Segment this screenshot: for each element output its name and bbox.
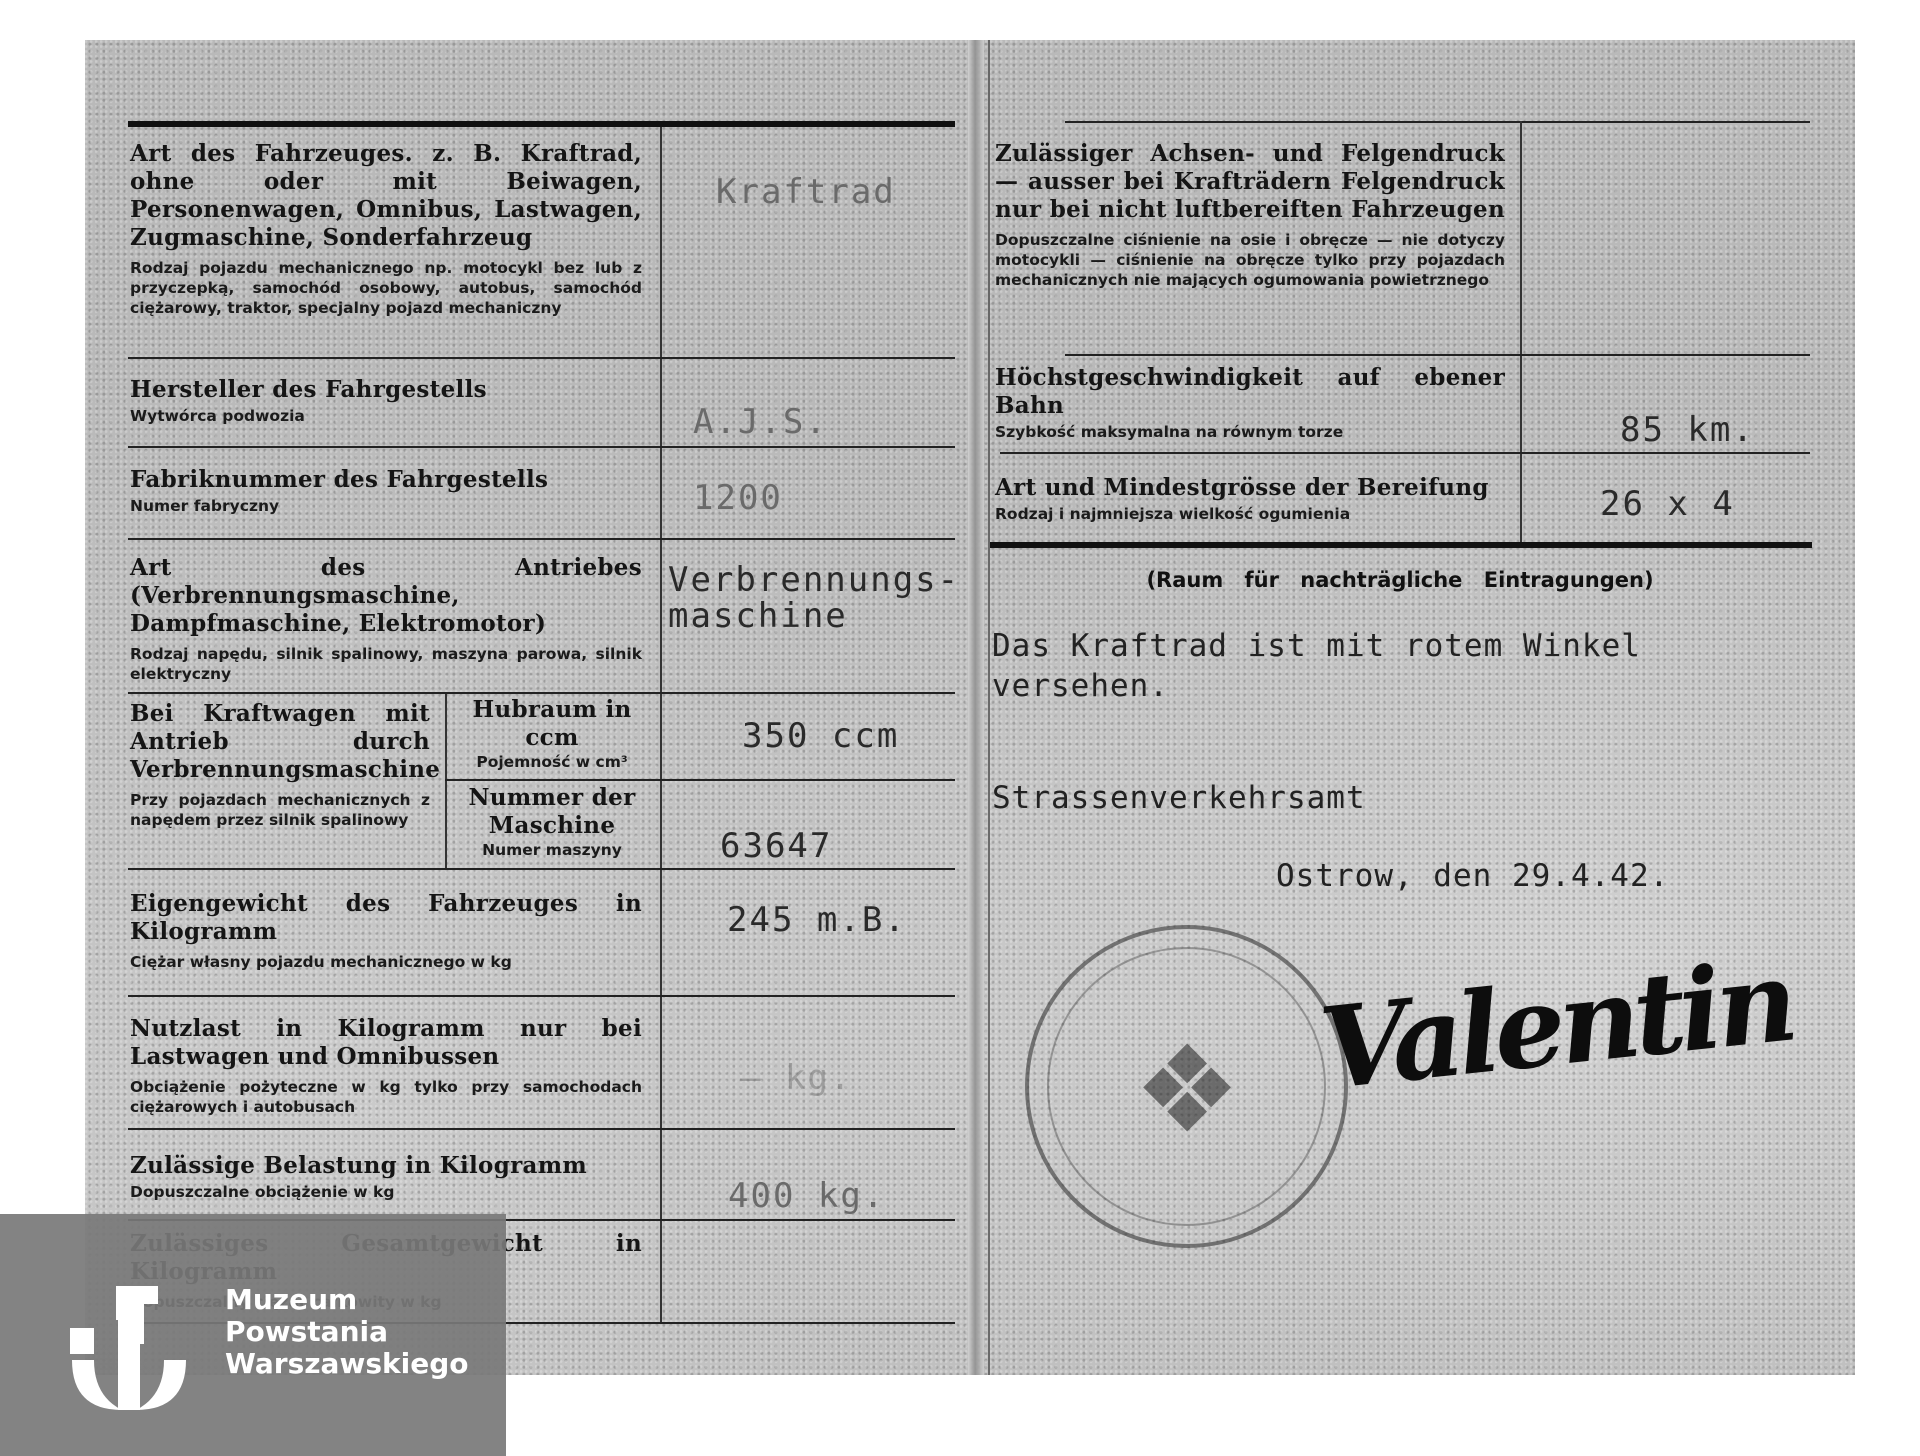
value-drive-type-line2: maschine: [668, 596, 848, 636]
field-permitted-load: Zulässige Belastung in Kilogramm Dopuszc…: [130, 1152, 642, 1202]
eagle-icon: ❖: [1117, 1021, 1257, 1161]
label-de: Nummer der Maschine: [448, 784, 656, 840]
museum-watermark: Muzeum Powstania Warszawskiego: [0, 1214, 506, 1456]
label-de: Höchstgeschwindigkeit auf ebener Bahn: [995, 364, 1505, 420]
section-rule: [990, 542, 1812, 548]
booklet-spine-fold: [968, 40, 984, 1375]
museum-name-line-2: Powstania: [225, 1316, 468, 1348]
museum-name-line-3: Warszawskiego: [225, 1348, 468, 1380]
label-de: Hubraum in ccm: [452, 696, 652, 752]
top-rule: [1065, 121, 1810, 123]
label-pl: Dopuszczalne obciążenie w kg: [130, 1182, 642, 1202]
value-permitted-load: 400 kg.: [728, 1176, 885, 1216]
label-de: Fabriknummer des Fahrgestells: [130, 466, 642, 494]
sub-row-divider: [445, 779, 955, 781]
label-pl: Przy pojazdach mechanicznych z napędem p…: [130, 790, 430, 830]
value-curb-weight: 245 m.B.: [727, 900, 907, 940]
label-pl: Obciążenie pożyteczne w kg tylko przy sa…: [130, 1077, 642, 1117]
value-column-divider: [660, 127, 662, 1322]
field-max-speed: Höchstgeschwindigkeit auf ebener Bahn Sz…: [995, 364, 1505, 442]
label-de: Zulässige Belastung in Kilogramm: [130, 1152, 642, 1180]
row-divider: [1000, 452, 1810, 454]
value-chassis-manufacturer: A.J.S.: [693, 402, 828, 442]
field-chassis-manufacturer: Hersteller des Fahrgestells Wytwórca pod…: [130, 376, 642, 426]
spine-line: [988, 40, 990, 1375]
row-divider: [128, 995, 955, 997]
label-pl: Wytwórca podwozia: [130, 406, 642, 426]
value-max-speed: 85 km.: [1620, 410, 1755, 450]
later-entries-caption: (Raum für nachträgliche Eintragungen): [1000, 568, 1800, 592]
row-divider: [1065, 354, 1810, 356]
label-pl: Numer fabryczny: [130, 496, 642, 516]
row-divider: [128, 357, 955, 359]
note-line-1: Das Kraftrad ist mit rotem Winkel: [992, 628, 1641, 664]
label-de: Zulässiger Achsen- und Felgendruck — aus…: [995, 140, 1505, 224]
value-column-divider: [1520, 121, 1522, 548]
label-de: Art des Antriebes (Verbrennungsmaschine,…: [130, 554, 642, 638]
label-de: Hersteller des Fahrgestells: [130, 376, 642, 404]
issuing-authority: Strassenverkehrsamt: [992, 780, 1366, 816]
field-combustion-engine: Bei Kraftwagen mit Antrieb durch Verbren…: [130, 700, 430, 830]
field-displacement: Hubraum in ccm Pojemność w cm³: [452, 696, 652, 772]
field-tyre-size: Art und Mindestgrösse der Bereifung Rodz…: [995, 474, 1505, 524]
label-pl: Rodzaj pojazdu mechanicznego np. motocyk…: [130, 258, 642, 318]
row-divider: [128, 692, 955, 694]
row-divider: [128, 538, 955, 540]
value-chassis-number: 1200: [693, 478, 783, 518]
field-chassis-number: Fabriknummer des Fahrgestells Numer fabr…: [130, 466, 642, 516]
label-pl: Ciężar własny pojazdu mechanicznego w kg: [130, 952, 642, 972]
field-curb-weight: Eigengewicht des Fahrzeuges in Kilogramm…: [130, 890, 642, 972]
top-rule: [128, 121, 955, 127]
value-displacement: 350 ccm: [742, 716, 899, 756]
value-drive-type-line1: Verbrennungs-: [668, 560, 960, 600]
value-tyre-size: 26 x 4: [1600, 484, 1735, 524]
place-date: Ostrow, den 29.4.42.: [1276, 858, 1669, 894]
label-pl: Rodzaj napędu, silnik spalinowy, maszyna…: [130, 644, 642, 684]
row-divider: [128, 868, 955, 870]
value-vehicle-type: Kraftrad: [716, 172, 896, 212]
label-pl: Numer maszyny: [448, 840, 656, 860]
field-vehicle-type: Art des Fahrzeuges. z. B. Kraftrad, ohne…: [130, 140, 642, 318]
value-engine-number: 63647: [720, 826, 832, 866]
eagle-seal-stamp-icon: ❖: [1025, 925, 1348, 1248]
label-de: Eigengewicht des Fahrzeuges in Kilogramm: [130, 890, 642, 946]
label-de: Art und Mindestgrösse der Bereifung: [995, 474, 1505, 502]
kotwica-anchor-logo-icon: [68, 1280, 190, 1414]
field-axle-rim-pressure: Zulässiger Achsen- und Felgendruck — aus…: [995, 140, 1505, 290]
row-divider: [128, 446, 955, 448]
label-pl: Rodzaj i najmniejsza wielkość ogumienia: [995, 504, 1505, 524]
field-payload: Nutzlast in Kilogramm nur bei Lastwagen …: [130, 1015, 642, 1117]
label-de: Nutzlast in Kilogramm nur bei Lastwagen …: [130, 1015, 642, 1071]
note-line-2: versehen.: [992, 668, 1169, 704]
sub-column-divider: [445, 694, 447, 868]
label-pl: Szybkość maksymalna na równym torze: [995, 422, 1505, 442]
value-payload: – kg.: [740, 1058, 852, 1098]
field-engine-number: Nummer der Maschine Numer maszyny: [448, 784, 656, 860]
row-divider: [128, 1128, 955, 1130]
label-pl: Dopuszczalne ciśnienie na osie i obręcze…: [995, 230, 1505, 290]
label-de: Bei Kraftwagen mit Antrieb durch Verbren…: [130, 700, 430, 784]
label-pl: Pojemność w cm³: [452, 752, 652, 772]
field-drive-type: Art des Antriebes (Verbrennungsmaschine,…: [130, 554, 642, 684]
label-de: Art des Fahrzeuges. z. B. Kraftrad, ohne…: [130, 140, 642, 252]
museum-name: Muzeum Powstania Warszawskiego: [225, 1284, 468, 1380]
museum-name-line-1: Muzeum: [225, 1284, 468, 1316]
